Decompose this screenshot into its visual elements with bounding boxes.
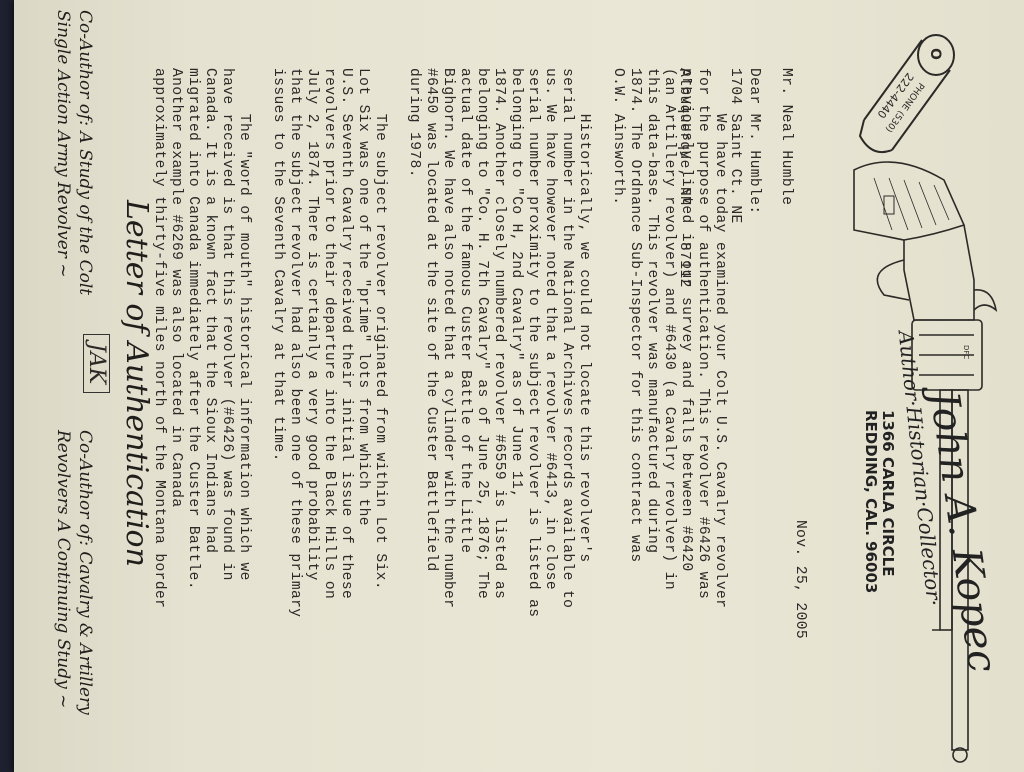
salutation: Dear Mr. Humble: <box>745 68 762 215</box>
coauthor-right: Co-Author of: Cavalry & Artillery Revolv… <box>52 430 96 715</box>
closing-title: Letter of Authentication <box>119 200 154 567</box>
svg-text:DFC: DFC <box>962 345 970 359</box>
paragraph-examination: We have today examined your Colt U.S. Ca… <box>609 68 728 688</box>
svg-text:O: O <box>927 48 943 60</box>
paragraph-history: Historically, we could not locate this r… <box>405 68 592 688</box>
recipient-name: Mr. Neal Humble <box>777 68 794 288</box>
address-line-2: REDDING, CAL. 96003 <box>862 410 879 593</box>
paragraph-lot-six: The subject revolver originated from wit… <box>269 68 388 688</box>
paragraph-word-of-mouth: The "word of mouth" historical informati… <box>150 68 252 688</box>
letter-sheet: DFC O PHONE (530) 222-4440 John A. Kopec… <box>14 0 1024 772</box>
letter-paper: DFC O PHONE (530) 222-4440 John A. Kopec… <box>14 0 1024 772</box>
coauthor-left: Co-Author of: A Study of the Colt Single… <box>52 10 96 295</box>
recipient-street: 1704 Saint Ct. NE <box>726 68 743 288</box>
initials-signature: JAK <box>83 334 110 393</box>
address-line-1: 1366 CARLA CIRCLE <box>879 410 896 593</box>
letterhead-address: 1366 CARLA CIRCLE REDDING, CAL. 96003 <box>862 410 896 593</box>
letter-body: We have today examined your Colt U.S. Ca… <box>133 68 728 688</box>
cartridge-phone-icon: O PHONE (530) 222-4440 <box>854 30 964 160</box>
letter-date: Nov. 25, 2005 <box>791 520 808 639</box>
